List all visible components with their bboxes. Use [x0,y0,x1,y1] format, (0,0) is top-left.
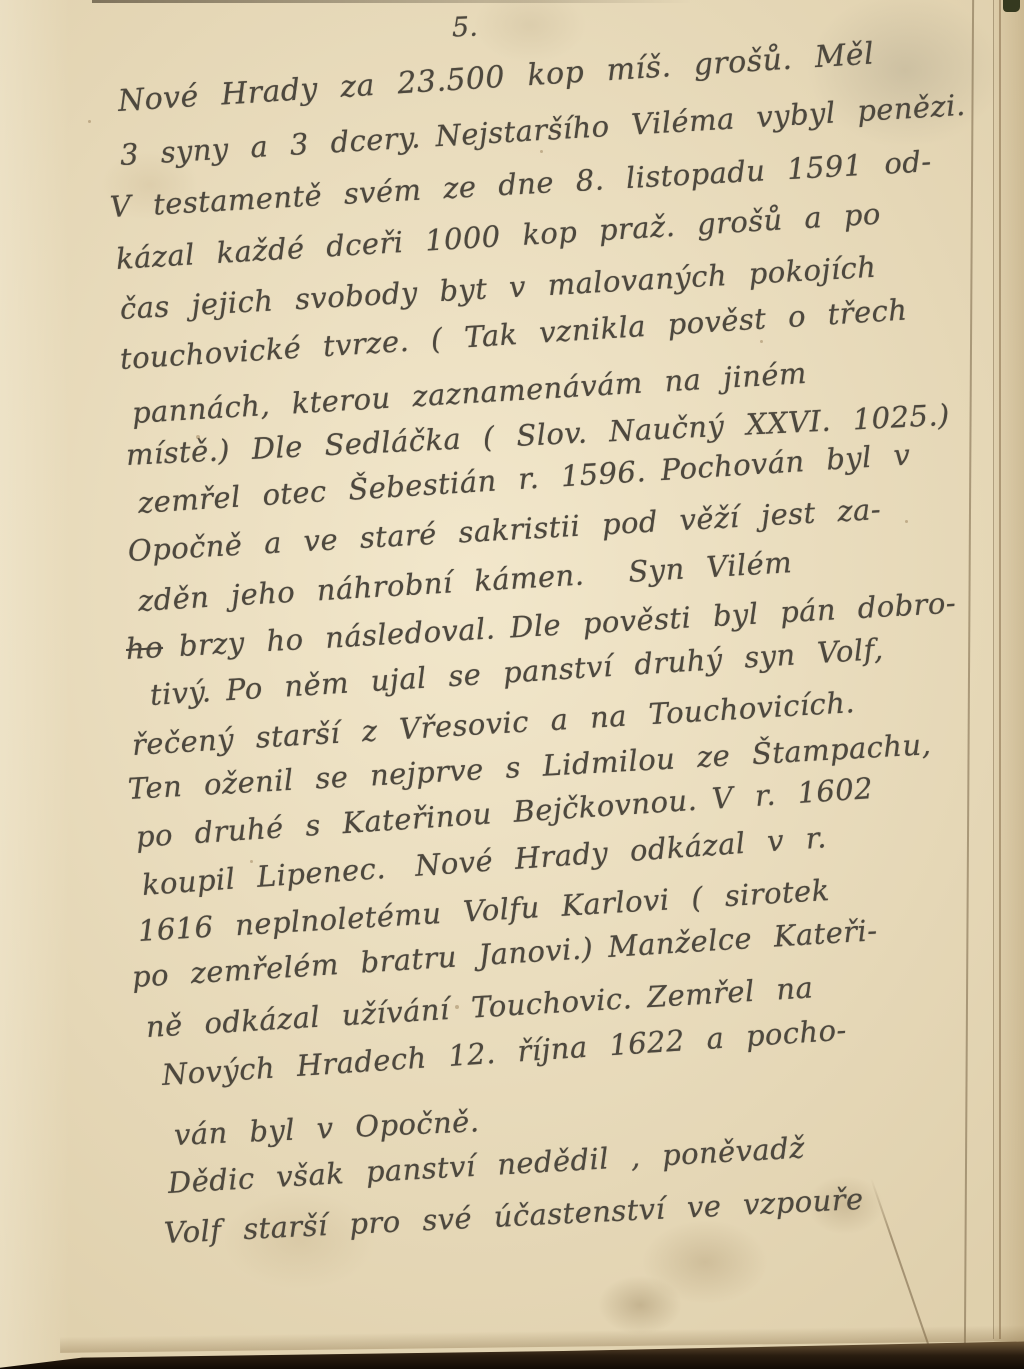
paper-speck [455,1005,459,1009]
manuscript-text: Nové Hrady za 23.500 kop míš. grošů. Měl… [0,0,1024,1369]
line-text: ván byl v Opočně. [173,1104,480,1152]
paper-speck [196,435,200,439]
manuscript-page: 5. Nové Hrady za 23.500 kop míš. grošů. … [0,0,1024,1369]
paper-speck [88,120,91,123]
paper-speck [540,150,543,153]
struck-word: ho [125,630,164,666]
manuscript-line: ván byl v Opočně. [173,1104,480,1152]
paper-speck [905,520,908,523]
paper-speck [760,340,763,343]
paper-speck [250,860,253,863]
